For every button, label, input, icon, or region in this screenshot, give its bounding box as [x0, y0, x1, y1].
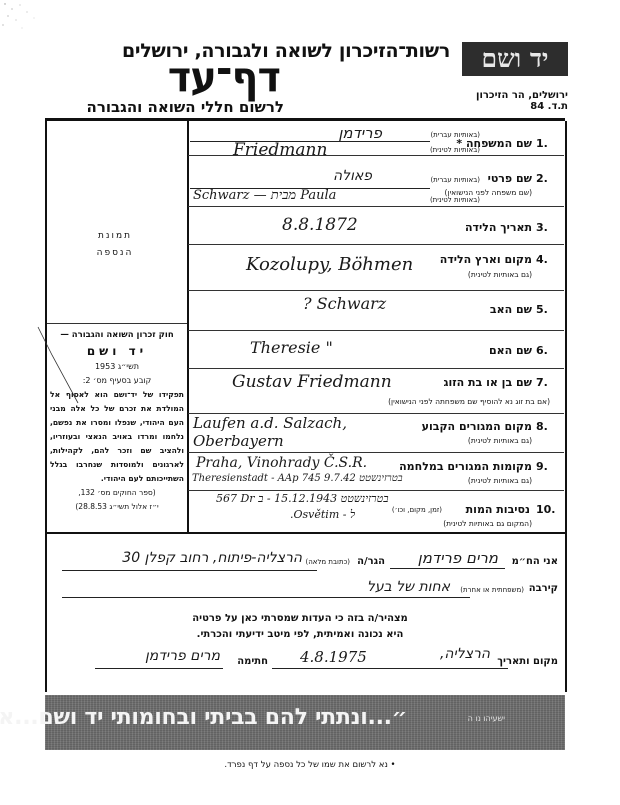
label-first-name: שם פרטי [488, 172, 532, 185]
field-number: 9. [536, 460, 556, 473]
sublabel-latin-too: (גם באותיות לטינית) [468, 476, 532, 485]
birth-place-value[interactable]: Kozolupy, Böhmen [246, 254, 413, 275]
field-number: 8. [536, 420, 556, 433]
photo-label-line-1: תמונת [60, 228, 170, 245]
field-number: 5. [536, 303, 556, 316]
permanent-residence-value-1[interactable]: Laufen a.d. Salzach, [193, 414, 347, 432]
permanent-residence-value-2[interactable]: Oberbayern [193, 432, 284, 450]
field-number: 10. [536, 503, 556, 516]
relation-label: קירבה [529, 583, 558, 594]
family-name-latin-value[interactable]: Friedmann [233, 140, 327, 160]
scan-noise [0, 0, 70, 40]
law-reference-1: (ספר החוקים מס׳ 132, [50, 486, 184, 500]
row-separator [188, 206, 564, 207]
date-value[interactable]: 4.8.1975 [300, 648, 367, 666]
mother-name-value[interactable]: Theresie " [250, 338, 333, 357]
label-mother-name: שם האם [489, 344, 532, 357]
declarant-label: אני הח״מ [512, 556, 558, 567]
photo-placeholder[interactable]: תמונת הנספה [60, 228, 170, 262]
field-number: 7. [536, 376, 556, 389]
first-name-latin-value[interactable]: Schwarz — מבית Paula [193, 187, 336, 203]
declaration-statement: מצהיר/ה בזה כי העדות שמסרתי כאן על פרטיה… [150, 611, 450, 643]
signature-label: חתימה [237, 656, 268, 667]
row-separator [188, 452, 564, 453]
label-death-circumstances: נסיבות המות [466, 503, 530, 516]
field-underline [272, 668, 508, 669]
statement-line-1: מצהיר/ה בזה כי העדות שמסרתי כאן על פרטיה [150, 611, 450, 627]
tag-hebrew: (באותיות עברית) [430, 131, 480, 139]
law-excerpt: חוק זכרון השואה והגבורה — יד ושם תשי״ג 1… [50, 328, 184, 514]
field-number: 2. [536, 172, 556, 185]
statement-line-2: היא נכונה ואמיתית, לפי מיטב ידיעתי והכרת… [150, 627, 450, 643]
death-circumstances-value-2[interactable]: .Osvětim - ל [290, 508, 355, 521]
sublabel-latin-too: (גם באותיות לטינית) [468, 436, 532, 445]
row-separator [188, 244, 564, 245]
law-reference-2: י״ז אלול תשי״ג 28.8.53) [50, 500, 184, 514]
spouse-name-value[interactable]: Gustav Friedmann [232, 372, 392, 392]
yad-vashem-logo: יד ושם [462, 42, 568, 76]
law-name: יד ושם [50, 342, 184, 360]
label-wartime-residence: מקומות המגורים במלחמה [399, 460, 532, 473]
first-name-hebrew-value[interactable]: פאולה [333, 168, 372, 184]
field-underline [62, 597, 470, 598]
label-permanent-residence: מקום המגורים הקבוע [422, 420, 532, 433]
address-line-1: ירושלים, הר הזיכרון [476, 90, 568, 101]
law-clause: קובע בסעיף מס׳ 2: [50, 374, 184, 388]
footnote: • נא לרשום את שמו של כל נספה על דף נפרד. [0, 760, 620, 770]
tag-hebrew: (באותיות עברית) [430, 176, 480, 184]
birth-date-value[interactable]: 8.8.1872 [282, 215, 358, 235]
tag-latin: (באותיות לטינית) [430, 196, 480, 204]
law-title: חוק זכרון השואה והגבורה — [50, 328, 184, 342]
address-line-2: ת.ד. 84 [530, 101, 568, 112]
column-divider [187, 121, 189, 532]
field-number: 3. [536, 221, 556, 234]
label-birth-date: תאריך הלידה [465, 221, 532, 234]
family-name-hebrew-value[interactable]: פרידמן [338, 124, 382, 142]
field-underline [390, 568, 505, 569]
law-body: תפקידו של יד־ושם הוא לאסוף אל המולדת את … [50, 388, 184, 486]
law-year: תשי״ג 1953 [50, 360, 184, 374]
sublabel-latin-too: (גם באותיות לטינית) [468, 270, 532, 279]
sublabel-spouse-note: (אם בת זוג נא להוסיף שם משפחתה לפני הניש… [388, 397, 550, 406]
signature-value[interactable]: מרים פרידמן [145, 648, 220, 664]
relation-value[interactable]: אחות של בעל [367, 579, 450, 595]
place-date-label: מקום ותאריך [497, 656, 558, 667]
place-value[interactable]: הרצליה, [440, 646, 490, 662]
field-underline [62, 570, 317, 571]
resides-label: הגר/ה [357, 556, 385, 567]
form-subtitle: לרשום חללי השואה והגבורה [87, 98, 284, 116]
death-circumstances-value-1[interactable]: 567 Dr בטרזינשטט 15.12.1943 - ב [216, 492, 389, 505]
address-note: (כתובת מלאה) [305, 558, 350, 566]
label-note-time-place: (זמן, מקום, וכו׳) [392, 506, 442, 514]
quote-banner: ״...ונתתי להם בביתי ובחומותי יד ושם...אש… [45, 695, 565, 750]
row-separator [188, 368, 564, 369]
row-separator [188, 290, 564, 291]
tag-latin: (באותיות לטינית) [430, 146, 480, 154]
row-separator [188, 330, 564, 331]
row-separator [188, 490, 564, 491]
label-birth-place: מקום וארץ הלידה [440, 253, 532, 266]
banner-source: ישעיהו נו ה [468, 714, 505, 723]
address-value[interactable]: הרצליה-פיתוח, רחוב קפלן 30 [122, 550, 302, 566]
declarant-name-value[interactable]: מרים פרידמן [418, 549, 498, 567]
label-father-name: שם האב [490, 303, 532, 316]
field-number: 4. [536, 253, 556, 266]
photo-label-line-2: הנספה [60, 245, 170, 262]
field-number: 1. [536, 137, 556, 150]
field-number: 6. [536, 344, 556, 357]
wartime-residence-value-1[interactable]: Praha, Vinohrady Č.S.R. [196, 455, 367, 471]
relation-note: (משפחתית או אחרת) [460, 586, 524, 594]
label-spouse-name: שם בן או בת הזוג [444, 376, 532, 389]
sublabel-latin-too: (המקום גם באותיות לטינית) [443, 519, 532, 528]
law-separator [47, 323, 187, 324]
form-title: דף־עד [168, 55, 280, 101]
signature-line [95, 668, 223, 669]
wartime-residence-value-2[interactable]: Theresienstadt - AAp 745 בטרזינשטט 9.7.4… [192, 473, 403, 484]
father-name-value[interactable]: ? Schwarz [303, 294, 386, 313]
banner-quote: ״...ונתתי להם בביתי ובחומותי יד ושם...אש… [0, 705, 407, 730]
